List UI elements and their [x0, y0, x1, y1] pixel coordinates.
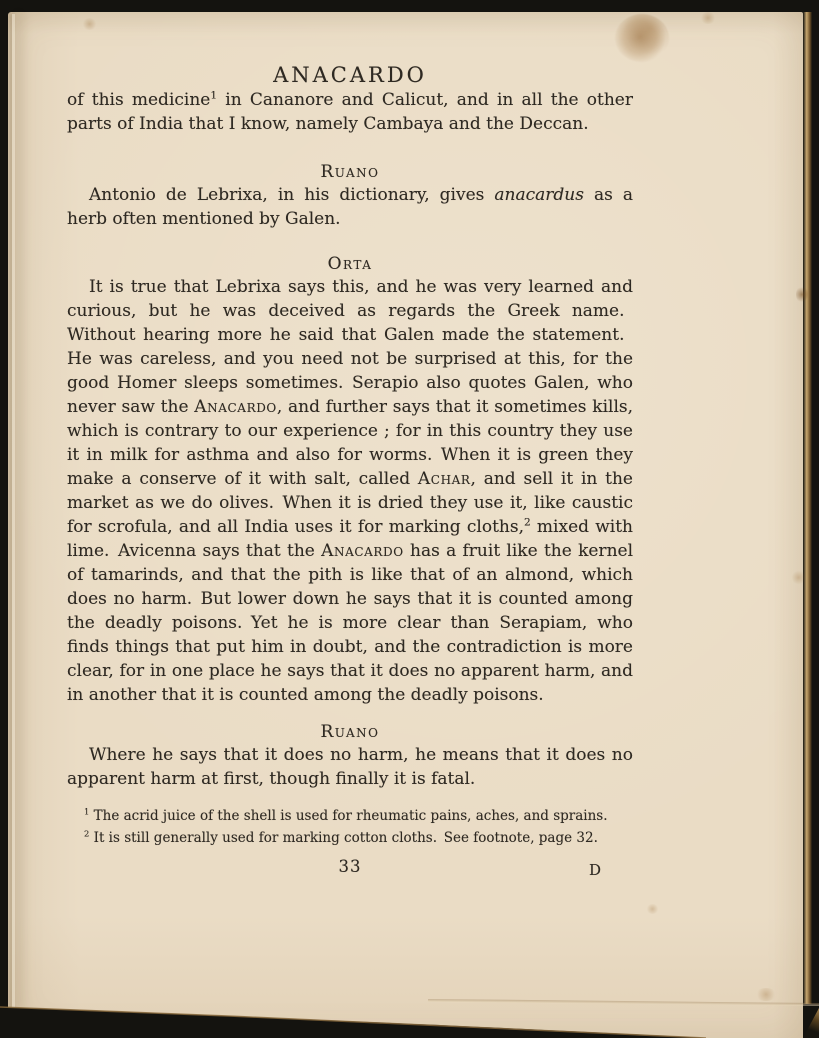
footnote-1: 1 The acrid juice of the shell is used f…: [67, 805, 633, 827]
book-scan: ANACARDO of this medicine1 in Cananore a…: [0, 0, 819, 1038]
ruano-2-paragraph: Where he says that it does no harm, he m…: [67, 743, 633, 791]
page-footer: 33 D: [67, 855, 633, 881]
bottom-page-curve: [0, 998, 819, 1038]
gutter-crease: [12, 14, 15, 1008]
section-heading-ruano-1: Ruano: [67, 161, 633, 183]
section-heading-ruano-2: Ruano: [67, 721, 633, 743]
page-number: 33: [67, 855, 633, 879]
book-page: ANACARDO of this medicine1 in Cananore a…: [8, 12, 803, 1038]
section-heading-orta: Orta: [67, 253, 633, 275]
orta-paragraph: It is true that Lebrixa says this, and h…: [67, 275, 633, 707]
text-block: ANACARDO of this medicine1 in Cananore a…: [67, 12, 633, 881]
page-edge-right: [803, 12, 812, 1004]
footnotes: 1 The acrid juice of the shell is used f…: [67, 805, 633, 849]
signature-mark: D: [589, 858, 601, 882]
intro-paragraph: of this medicine1 in Cananore and Calicu…: [67, 88, 633, 136]
page-title: ANACARDO: [67, 62, 633, 88]
footnote-2: 2 It is still generally used for marking…: [67, 827, 633, 849]
ruano-1-paragraph: Antonio de Lebrixa, in his dictionary, g…: [67, 183, 633, 231]
